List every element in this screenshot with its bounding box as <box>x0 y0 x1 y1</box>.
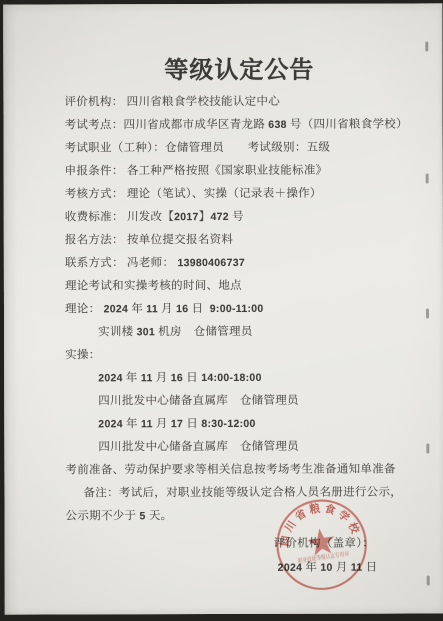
schedule-heading: 理论考试和实操考核的时间、地点 <box>65 274 415 298</box>
practice-time-1: 2024 年 11 月 16 日 14:00-18:00 <box>65 366 415 390</box>
document-page: 等级认定公告 评价机构： 四川省粮食学校技能认定中心 考试考点：四川省成都市成华… <box>3 3 443 614</box>
seal-star-icon <box>306 527 337 557</box>
field-requirements: 申报条件： 各工种严格按照《国家职业技能标准》 <box>65 159 415 183</box>
field-registration: 报名方法： 按单位提交报名资料 <box>65 228 415 252</box>
edge-mark-icon <box>427 575 430 585</box>
official-seal: 四川省粮食学校 职业技能等级认定专用章 <box>267 490 376 599</box>
field-assessment: 考核方式： 理论（笔试）、实操（记录表＋操作） <box>65 182 415 206</box>
notice-title: 等级认定公告 <box>64 54 414 87</box>
theory-place: 实训楼 301 机房 仓储管理员 <box>65 320 415 344</box>
practice-place-1: 四川批发中心储备直属库 仓储管理员 <box>65 389 415 413</box>
practice-time-2: 2024 年 11 月 17 日 8:30-12:00 <box>65 412 415 436</box>
field-contact: 联系方式： 冯老师： 13980406737 <box>65 251 415 275</box>
field-exam-site: 考试考点：四川省成都市成华区青龙路 638 号（四川省粮食学校） <box>64 113 414 137</box>
field-evaluator: 评价机构： 四川省粮食学校技能认定中心 <box>64 90 414 114</box>
theory-time: 理论： 2024 年 11 月 16 日 9:00-11:00 <box>65 297 415 321</box>
notice-fields: 评价机构： 四川省粮食学校技能认定中心 考试考点：四川省成都市成华区青龙路 63… <box>64 90 415 528</box>
practice-place-2: 四川批发中心储备直属库 仓储管理员 <box>65 435 415 459</box>
practice-label: 实操： <box>65 343 415 367</box>
field-fee-standard: 收费标准： 川发改【2017】472 号 <box>65 205 415 229</box>
photo-backdrop: 等级认定公告 评价机构： 四川省粮食学校技能认定中心 考试考点：四川省成都市成华… <box>0 0 443 621</box>
field-occupation-level: 考试职业（工种）：仓储管理员 考试级别：五级 <box>65 136 415 160</box>
preparation-note: 考前准备、劳动保护要求等相关信息按考场考生准备通知单准备 <box>65 458 415 482</box>
notice-body: 等级认定公告 评价机构： 四川省粮食学校技能认定中心 考试考点：四川省成都市成华… <box>3 3 443 528</box>
seal-bottom-text: 职业技能等级认定专用章 <box>297 549 350 564</box>
